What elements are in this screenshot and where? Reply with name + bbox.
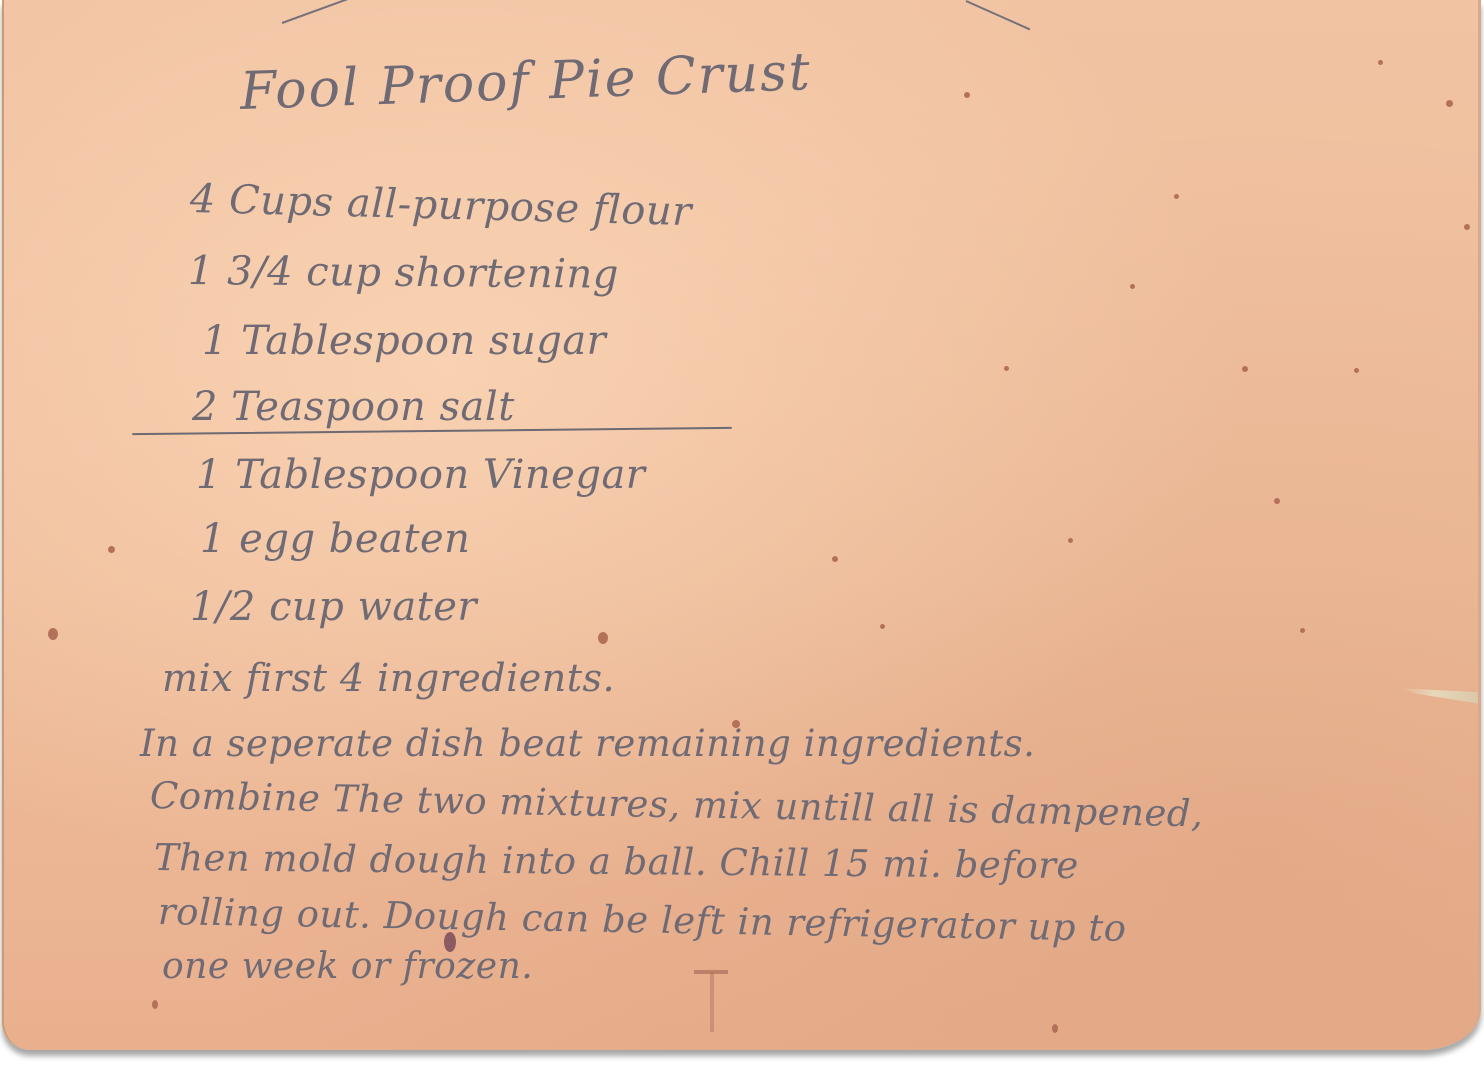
instruction-5: rolling out. Dough can be left in refrig…: [158, 890, 1127, 950]
scanned-recipe-card: Fool Proof Pie Crust 4 Cups all-purpose …: [0, 0, 1484, 1068]
water-stain-drip: [710, 972, 714, 1032]
stain-spot: [1242, 366, 1248, 372]
stain-spot: [964, 92, 970, 98]
instruction-3: Combine The two mixtures, mix untill all…: [150, 774, 1204, 835]
stain-spot: [732, 720, 740, 728]
instruction-4: Then mold dough into a ball. Chill 15 mi…: [154, 836, 1079, 887]
stain-spot: [598, 632, 608, 644]
stain-spot: [1300, 628, 1305, 633]
pencil-stroke-right: [966, 0, 1031, 30]
stain-spot: [1068, 538, 1073, 543]
recipe-title: Fool Proof Pie Crust: [239, 42, 813, 122]
ingredient-4: 2 Teaspoon salt: [192, 384, 515, 430]
stain-spot: [832, 556, 838, 562]
stain-spot: [444, 932, 456, 952]
stain-spot: [1004, 366, 1009, 371]
pencil-stroke-left: [282, 0, 372, 24]
recipe-card: Fool Proof Pie Crust 4 Cups all-purpose …: [2, 0, 1481, 1050]
paper-tear: [1400, 684, 1481, 705]
ingredient-5: 1 Tablespoon Vinegar: [196, 452, 645, 498]
stain-spot: [1174, 194, 1179, 199]
ingredient-3: 1 Tablespoon sugar: [202, 318, 606, 364]
ingredient-2: 1 3/4 cup shortening: [188, 248, 619, 298]
stain-spot: [1446, 100, 1453, 107]
instruction-2: In a seperate dish beat remaining ingred…: [140, 722, 1035, 765]
instruction-6: one week or frozen.: [162, 946, 533, 987]
stain-spot: [1274, 498, 1280, 504]
stain-spot: [1130, 284, 1135, 289]
stain-spot: [48, 628, 58, 640]
stain-spot: [1464, 224, 1470, 230]
ingredient-1: 4 Cups all-purpose flour: [189, 176, 692, 235]
ingredient-7: 1/2 cup water: [190, 584, 477, 630]
stain-spot: [1354, 368, 1359, 373]
stain-spot: [108, 546, 115, 553]
stain-spot: [1378, 60, 1383, 65]
stain-spot: [1052, 1024, 1058, 1033]
stain-spot: [880, 624, 885, 629]
ingredient-6: 1 egg beaten: [200, 516, 470, 562]
instruction-1: mix first 4 ingredients.: [162, 656, 615, 700]
stain-spot: [152, 1000, 158, 1009]
